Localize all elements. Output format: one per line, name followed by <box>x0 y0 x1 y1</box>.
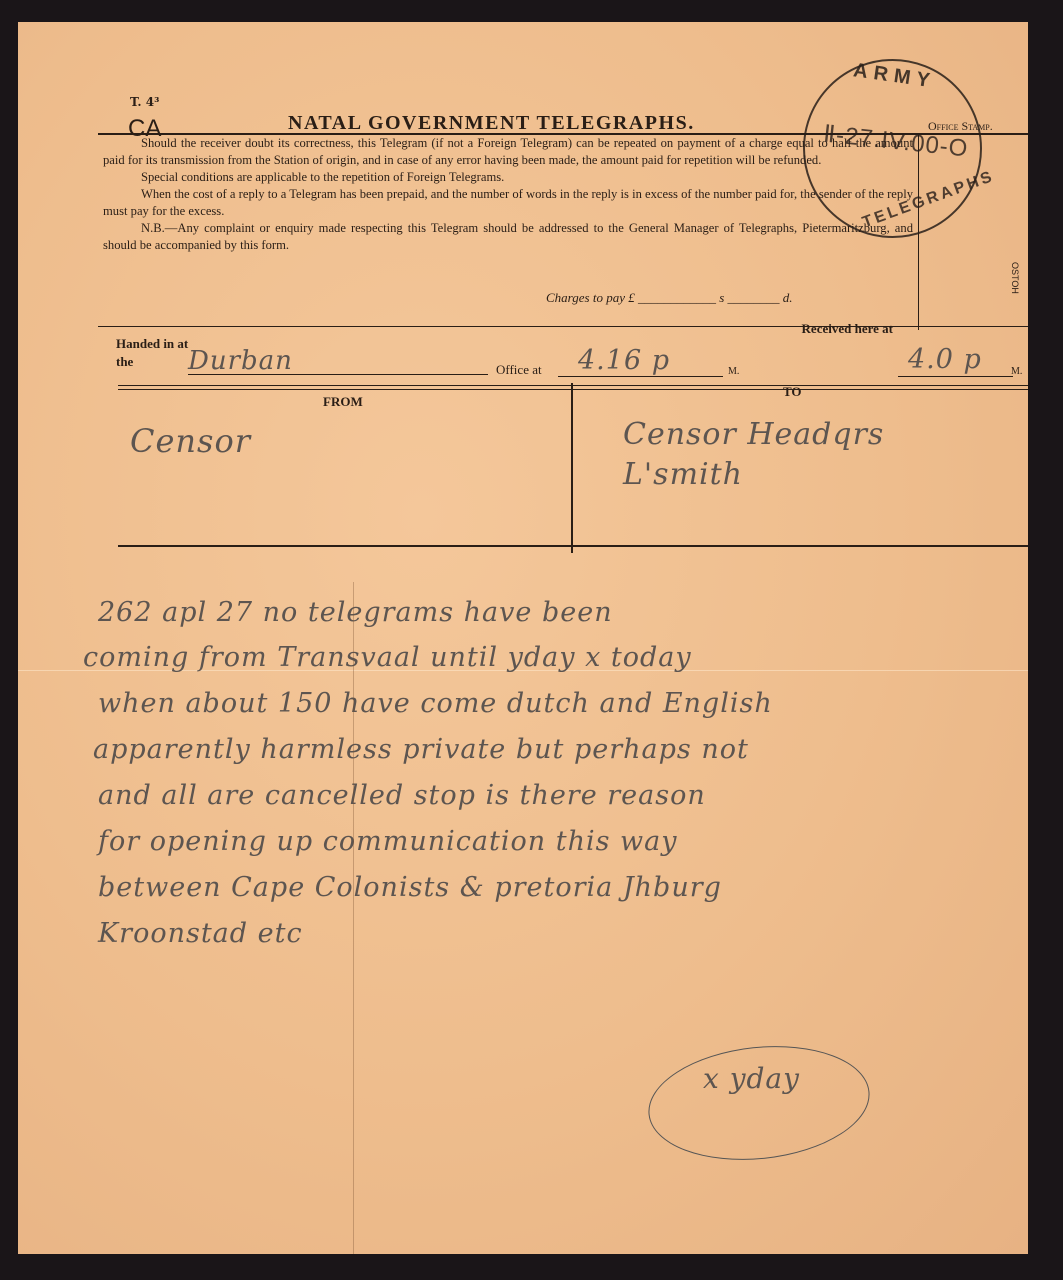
notice-paragraph: Should the receiver doubt its correctnes… <box>103 135 913 169</box>
army-telegraphs-postmark: ARMY Ⅱ-27.IV.00-O TELEGRAPHS <box>803 59 982 238</box>
received-value: 4.0 p <box>908 344 982 375</box>
charges-line: Charges to pay £ ____________ s ________… <box>546 290 793 306</box>
received-line <box>898 376 1013 377</box>
handed-in-line <box>188 374 488 375</box>
to-value-line1: Censor Headqrs <box>623 417 884 452</box>
from-label: FROM <box>323 394 363 410</box>
side-print: OSTOH <box>1010 262 1020 294</box>
message-line: 262 apl 27 no telegrams have been <box>98 597 613 628</box>
notice-text: Should the receiver doubt its correctnes… <box>103 135 913 254</box>
message-line: coming from Transvaal until yday x today <box>83 642 692 673</box>
message-line: apparently harmless private but perhaps … <box>93 734 749 765</box>
form-title: NATAL GOVERNMENT TELEGRAPHS. <box>288 112 695 135</box>
circled-note <box>643 1036 875 1171</box>
circled-note-text: x yday <box>703 1062 800 1095</box>
message-line: for opening up communication this way <box>98 826 678 857</box>
office-at-label: Office at <box>496 362 542 378</box>
message-line: when about 150 have come dutch and Engli… <box>98 688 773 719</box>
to-value-line2: L'smith <box>623 457 743 492</box>
form-code: T. 4³ <box>130 95 159 109</box>
telegram-form: T. 4³ CA NATAL GOVERNMENT TELEGRAPHS. Of… <box>18 22 1028 1254</box>
from-to-divider <box>571 383 573 553</box>
from-value: Censor <box>130 422 251 460</box>
postmark-date: Ⅱ-27.IV.00-O <box>822 119 970 163</box>
received-label: Received here at <box>793 320 893 338</box>
notice-paragraph: N.B.—Any complaint or enquiry made respe… <box>103 220 913 254</box>
message-line: and all are cancelled stop is there reas… <box>98 780 706 811</box>
office-at-line <box>558 376 723 377</box>
notice-paragraph: Special conditions are applicable to the… <box>103 169 913 186</box>
to-label: TO <box>783 384 802 400</box>
handed-in-label: Handed in at the <box>116 335 196 371</box>
m-label: M. <box>1011 366 1022 377</box>
from-to-bottom-rule <box>118 545 1028 547</box>
postmark-bottom-text: TELEGRAPHS <box>860 168 997 233</box>
postmark-top-text: ARMY <box>852 59 937 93</box>
handed-in-value: Durban <box>188 346 293 376</box>
from-to-top-rule <box>118 385 1028 386</box>
office-at-value: 4.16 p <box>578 345 670 376</box>
message-line: Kroonstad etc <box>98 918 303 949</box>
notice-paragraph: When the cost of a reply to a Telegram h… <box>103 186 913 220</box>
message-line: between Cape Colonists & pretoria Jhburg <box>98 872 722 903</box>
m-label: M. <box>728 366 739 377</box>
from-to-top-rule <box>118 389 1028 390</box>
